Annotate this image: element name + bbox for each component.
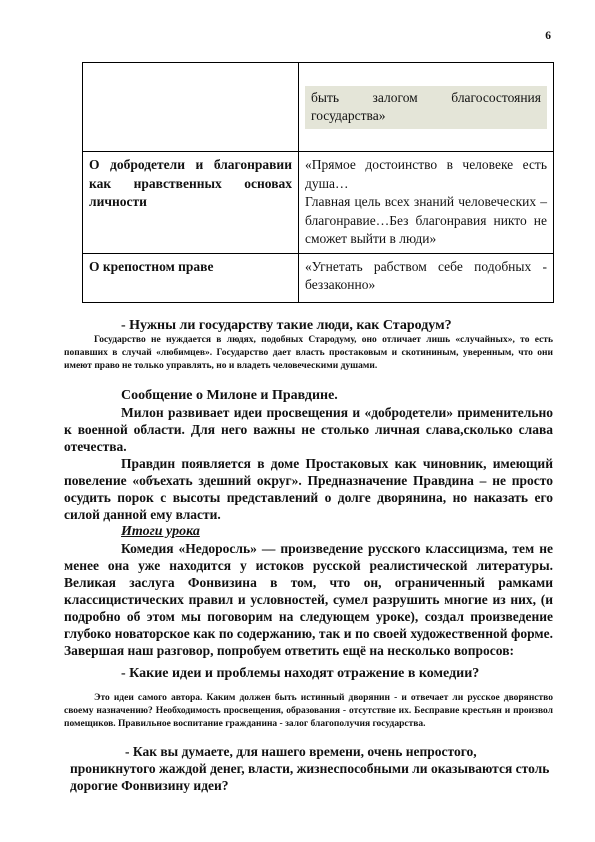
paragraph-lesson-results: Комедия «Недоросль» — произведение русск…	[64, 540, 553, 659]
question-starodum: - Нужны ли государству такие люди, как С…	[121, 317, 553, 334]
heading-milon-pravdin: Сообщение о Милоне и Правдине.	[121, 387, 553, 404]
quotes-table: быть залогом благосостояния государства»…	[82, 62, 554, 303]
note-ideas: Это идеи самого автора. Каким должен быт…	[64, 692, 553, 731]
paragraph-pravdin: Правдин появляется в доме Простаковых ка…	[64, 455, 553, 523]
table-cell-topic	[83, 63, 299, 152]
question-ideas: - Какие идеи и проблемы находят отражени…	[121, 665, 553, 682]
note-starodum: Государство не нуждается в людях, подобн…	[64, 334, 553, 373]
highlighted-quote: быть залогом благосостояния государства»	[305, 86, 547, 129]
table-cell-quote: «Угнетать рабством себе подобных - безза…	[299, 253, 554, 302]
table-cell-topic: О крепостном праве	[83, 253, 299, 302]
table-cell-quote: быть залогом благосостояния государства»	[299, 63, 554, 152]
table-row: О крепостном праве «Угнетать рабством се…	[83, 253, 554, 302]
table-row: быть залогом благосостояния государства»	[83, 63, 554, 152]
page-number: 6	[545, 30, 551, 42]
heading-lesson-results: Итоги урока	[121, 523, 553, 540]
page-content: быть залогом благосостояния государства»…	[0, 0, 595, 794]
table-row: О добродетели и благонравии как нравстве…	[83, 152, 554, 254]
question-final: - Как вы думаете, для нашего времени, оч…	[70, 743, 553, 794]
table-cell-topic: О добродетели и благонравии как нравстве…	[83, 152, 299, 254]
document-page: 6 быть залогом благосостояния государств…	[0, 0, 595, 842]
paragraph-milon: Милон развивает идеи просвещения и «добр…	[64, 404, 553, 455]
table-cell-quote: «Прямое достоинство в человеке есть душа…	[299, 152, 554, 254]
